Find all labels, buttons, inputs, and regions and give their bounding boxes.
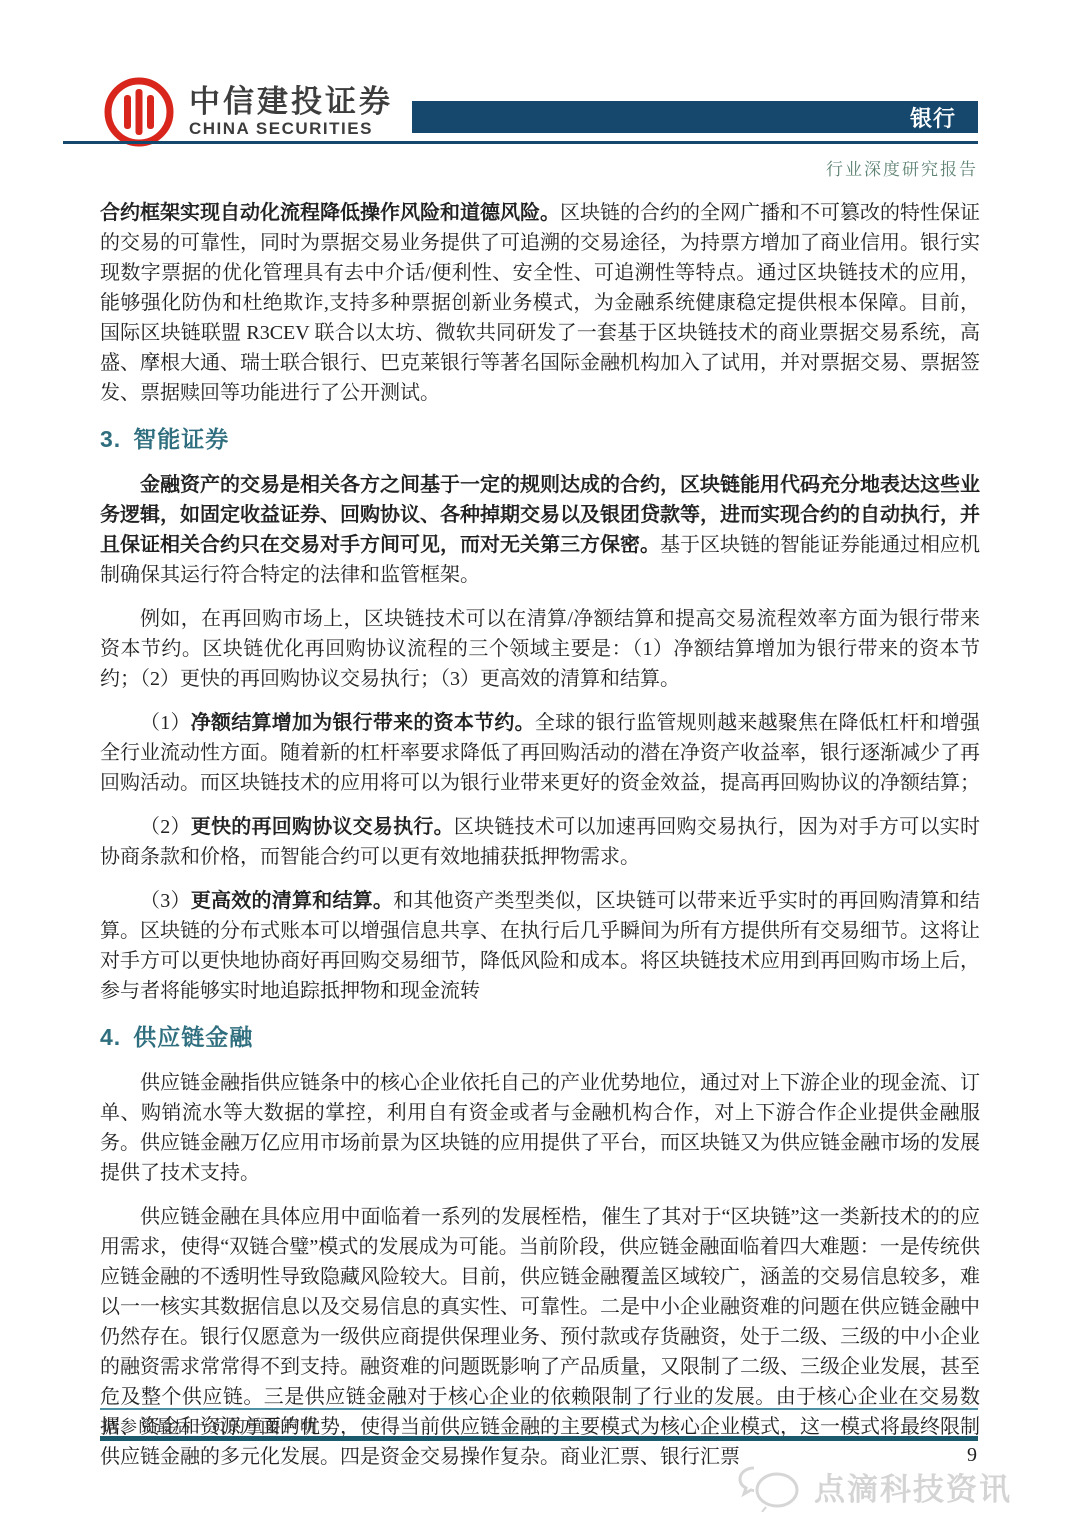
company-logo: 中信建投证券 CHINA SECURITIES — [103, 76, 393, 148]
point-lead-bold: 净额结算增加为银行带来的资本节约。 — [191, 712, 535, 734]
paragraph-point-2: （2）更快的再回购协议交易执行。区块链技术可以加速再回购交易执行，因为对手方可以… — [100, 812, 980, 872]
paragraph-supply-chain-intro: 供应链金融指供应链条中的核心企业依托自己的产业优势地位，通过对上下游企业的现金流… — [100, 1068, 980, 1188]
report-page: 中信建投证券 CHINA SECURITIES 银行 行业深度研究报告 合约框架… — [0, 0, 1080, 1527]
section-number: 3. — [100, 426, 121, 452]
watermark-text: 点滴科技资讯 — [814, 1464, 1012, 1509]
paragraph-lead-bold: 合约框架实现自动化流程降低操作风险和道德风险。 — [100, 202, 560, 224]
sector-label: 银行 — [910, 102, 956, 133]
point-lead-bold: 更快的再回购协议交易执行。 — [191, 816, 454, 838]
company-name-en: CHINA SECURITIES — [189, 119, 393, 139]
section-3-title: 3.智能证券 — [100, 424, 980, 454]
paragraph-contract-framework: 合约框架实现自动化流程降低操作风险和道德风险。区块链的合约的全网广播和不可篡改的… — [100, 198, 980, 408]
paragraph-point-3: （3）更高效的清算和结算。和其他资产类型类似，区块链可以带来近乎实时的再回购清算… — [100, 886, 980, 1006]
report-body: 合约框架实现自动化流程降低操作风险和道德风险。区块链的合约的全网广播和不可篡改的… — [100, 198, 980, 1486]
section-number: 4. — [100, 1024, 121, 1050]
watermark: 点滴科技资讯 — [732, 1460, 1012, 1512]
report-type-label: 行业深度研究报告 — [826, 155, 978, 180]
company-name: 中信建投证券 CHINA SECURITIES — [189, 85, 393, 139]
header-divider — [63, 141, 978, 144]
footer-divider-thick — [100, 1436, 978, 1441]
paragraph-point-1: （1）净额结算增加为银行带来的资本节约。全球的银行监管规则越来越聚焦在降低杠杆和… — [100, 708, 980, 798]
citic-logo-icon — [103, 76, 175, 148]
footer-disclaimer: 请参阅最后一页的重要声明 — [102, 1412, 318, 1437]
point-number: （2） — [140, 816, 191, 838]
section-title-text: 智能证券 — [133, 426, 229, 452]
point-lead-bold: 更高效的清算和结算。 — [191, 890, 393, 912]
section-4-title: 4.供应链金融 — [100, 1022, 980, 1052]
point-number: （3） — [140, 890, 191, 912]
footer-divider-thin — [100, 1408, 978, 1410]
paragraph-smart-securities: 金融资产的交易是相关各方之间基于一定的规则达成的合约，区块链能用代码充分地表达这… — [100, 470, 980, 590]
company-name-cn: 中信建投证券 — [189, 85, 393, 119]
paragraph-text: 区块链的合约的全网广播和不可篡改的特性保证的交易的可靠性，同时为票据交易业务提供… — [100, 202, 980, 404]
point-number: （1） — [140, 712, 191, 734]
sector-banner: 银行 — [412, 101, 978, 133]
paragraph-repo-overview: 例如，在再回购市场上，区块链技术可以在清算/净额结算和提高交易流程效率方面为银行… — [100, 604, 980, 694]
section-title-text: 供应链金融 — [133, 1024, 253, 1050]
watermark-droplet-icon — [732, 1460, 810, 1512]
